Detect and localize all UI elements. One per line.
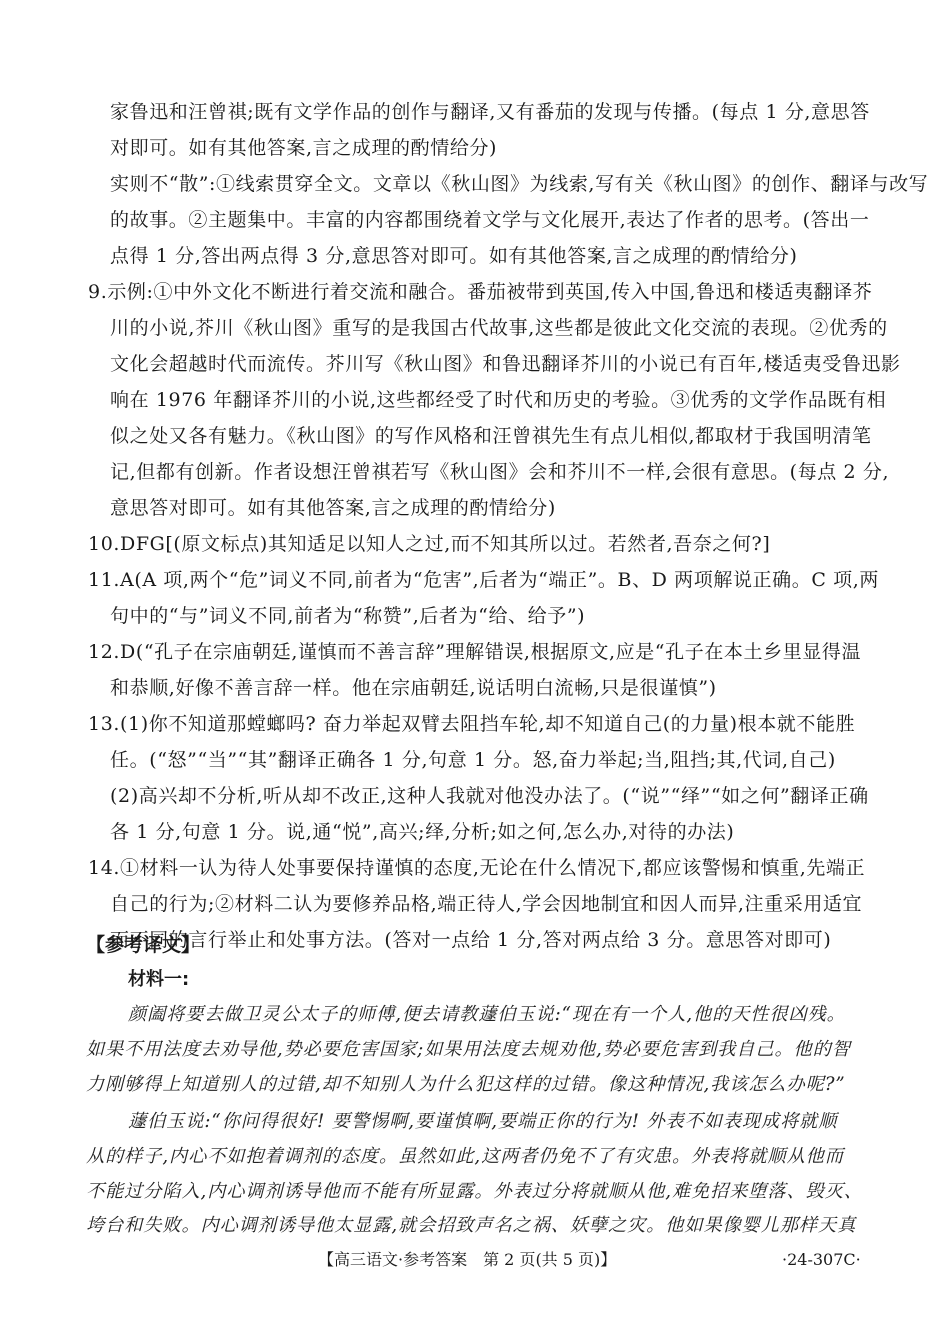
- reference-translation-heading: 【参考译文】: [86, 933, 200, 957]
- document-page: 家鲁迅和汪曾祺;既有文学作品的创作与翻译,又有番茄的发现与传播。(每点 1 分,…: [0, 0, 950, 1336]
- q12-line: 和恭顺,好像不善言辞一样。他在宗庙朝廷,说话明白流畅,只是很谨慎”): [110, 676, 717, 700]
- q9-line: 记,但都有创新。作者设想汪曾祺若写《秋山图》会和芥川不一样,会很有意思。(每点 …: [110, 460, 889, 484]
- translation-line: 力刚够得上知道别人的过错,却不知别人为什么犯这样的过错。像这种情况,我该怎么办呢…: [86, 1073, 846, 1097]
- answer-line: 实则不“散”:①线索贯穿全文。文章以《秋山图》为线索,写有关《秋山图》的创作、翻…: [110, 172, 928, 196]
- q13-line: 13.(1)你不知道那螳螂吗? 奋力举起双臂去阻挡车轮,却不知道自己(的力量)根…: [88, 712, 855, 736]
- q9-line: 意思答对即可。如有其他答案,言之成理的酌情给分): [110, 496, 556, 520]
- q9-line: 川的小说,芥川《秋山图》重写的是我国古代故事,这些都是彼此文化交流的表现。②优秀…: [110, 316, 888, 340]
- q11-line: 11.A(A 项,两个“危”词义不同,前者为“危害”,后者为“端正”。B、D 两…: [88, 568, 879, 592]
- translation-line: 蘧伯玉说:“你问得很好! 要警惕啊,要谨慎啊,要端正你的行为! 外表不如表现成将…: [128, 1110, 837, 1134]
- page-footer-code: ·24-307C·: [782, 1250, 861, 1270]
- q14-line: 14.①材料一认为待人处事要保持谨慎的态度,无论在什么情况下,都应该警惕和慎重,…: [88, 856, 865, 880]
- answer-line: 的故事。②主题集中。丰富的内容都围绕着文学与文化展开,表达了作者的思考。(答出一: [110, 208, 869, 232]
- q9-line: 9.示例:①中外文化不断进行着交流和融合。番茄被带到英国,传入中国,鲁迅和楼适夷…: [88, 280, 872, 304]
- answer-line: 点得 1 分,答出两点得 3 分,意思答对即可。如有其他答案,言之成理的酌情给分…: [110, 244, 797, 268]
- answer-line: 对即可。如有其他答案,言之成理的酌情给分): [110, 136, 497, 160]
- q13-line: 任。(“怒”“当”“其”翻译正确各 1 分,句意 1 分。怒,奋力举起;当,阻挡…: [110, 748, 836, 772]
- translation-line: 颜阖将要去做卫灵公太子的师傅,便去请教蘧伯玉说:“现在有一个人,他的天性很凶残。: [128, 1003, 846, 1027]
- q11-line: 句中的“与”词义不同,前者为“称赞”,后者为“给、给予”): [110, 604, 585, 628]
- answer-line: 家鲁迅和汪曾祺;既有文学作品的创作与翻译,又有番茄的发现与传播。(每点 1 分,…: [110, 100, 870, 124]
- page-footer-title: 【高三语文·参考答案 第 2 页(共 5 页)】: [318, 1250, 616, 1270]
- q12-line: 12.D(“孔子在宗庙朝廷,谨慎而不善言辞”理解错误,根据原文,应是“孔子在本土…: [88, 640, 861, 664]
- q9-line: 文化会超越时代而流传。芥川写《秋山图》和鲁迅翻译芥川的小说已有百年,楼适夷受鲁迅…: [110, 352, 901, 376]
- q13-line: 各 1 分,句意 1 分。说,通“悦”,高兴;绎,分析;如之何,怎么办,对待的办…: [110, 820, 734, 844]
- translation-line: 垮台和失败。内心调剂诱导他太显露,就会招致声名之祸、妖孽之灾。他如果像婴儿那样天…: [86, 1214, 856, 1238]
- translation-line: 不能过分陷入,内心调剂诱导他而不能有所显露。外表过分将就顺从他,难免招来堕落、毁…: [86, 1180, 863, 1204]
- q14-line: 而不同的言行举止和处事方法。(答对一点给 1 分,答对两点给 3 分。意思答对即…: [110, 928, 831, 952]
- translation-line: 从的样子,内心不如抱着调剂的态度。虽然如此,这两者仍免不了有灾患。外表将就顺从他…: [86, 1145, 844, 1169]
- material-one-label: 材料一:: [128, 968, 189, 992]
- q9-line: 似之处又各有魅力。《秋山图》的写作风格和汪曾祺先生有点儿相似,都取材于我国明清笔: [110, 424, 872, 448]
- q9-line: 响在 1976 年翻译芥川的小说,这些都经受了时代和历史的考验。③优秀的文学作品…: [110, 388, 886, 412]
- q14-line: 自己的行为;②材料二认为要修养品格,端正待人,学会因地制宜和因人而异,注重采用适…: [110, 892, 862, 916]
- translation-line: 如果不用法度去劝导他,势必要危害国家;如果用法度去规劝他,势必要危害到我自己。他…: [86, 1038, 851, 1062]
- q13-line: (2)高兴却不分析,听从却不改正,这种人我就对他没办法了。(“说”“绎”“如之何…: [110, 784, 869, 808]
- q10-line: 10.DFG[(原文标点)其知适足以知人之过,而不知其所以过。若然者,吾奈之何?…: [88, 532, 770, 556]
